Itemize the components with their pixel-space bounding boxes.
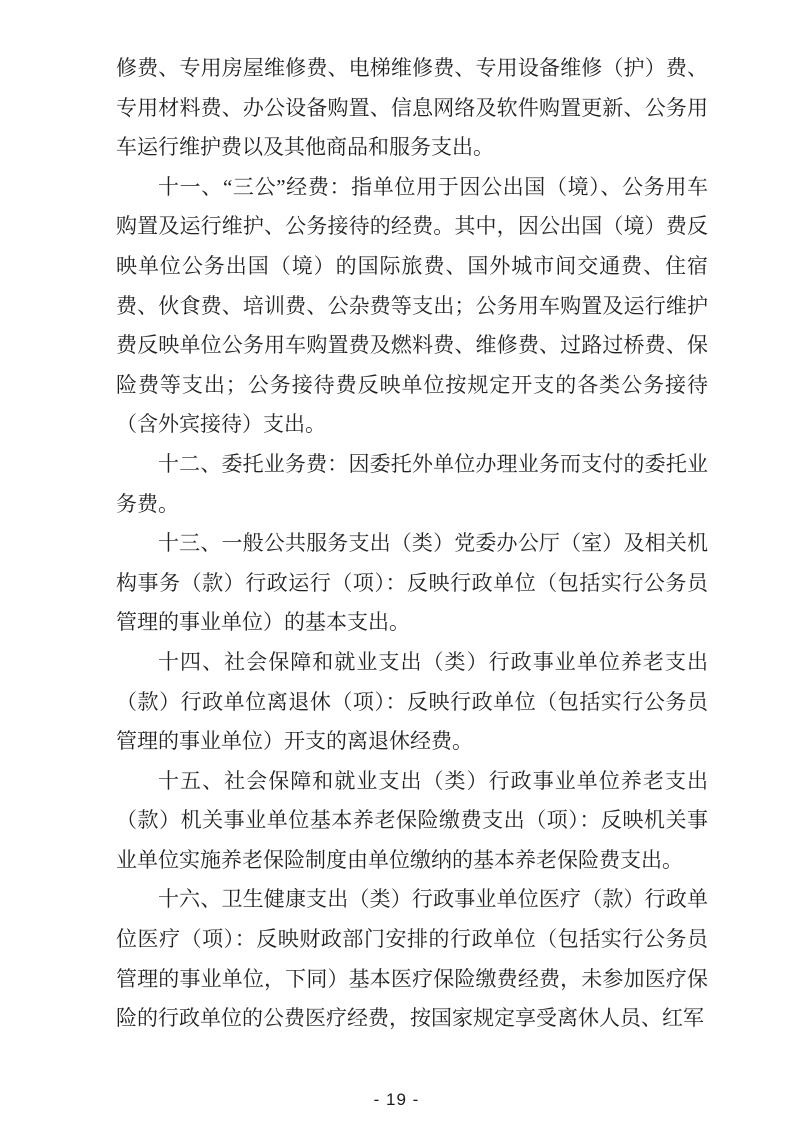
paragraph-item-12: 十二、委托业务费：因委托外单位办理业务而支付的委托业务费。 (116, 445, 708, 524)
paragraph-item-11: 十一、“三公”经费：指单位用于因公出国（境）、公务用车购置及运行维护、公务接待的… (116, 168, 708, 445)
paragraph-item-13: 十三、一般公共服务支出（类）党委办公厅（室）及相关机构事务（款）行政运行（项）：… (116, 524, 708, 643)
page-footer: - 19 - (0, 1090, 793, 1110)
document-page: 修费、专用房屋维修费、电梯维修费、专用设备维修（护）费、专用材料费、办公设备购置… (0, 0, 793, 1122)
paragraph-item-15: 十五、社会保障和就业支出（类）行政事业单位养老支出（款）机关事业单位基本养老保险… (116, 762, 708, 881)
paragraph-item-16: 十六、卫生健康支出（类）行政事业单位医疗（款）行政单位医疗（项）：反映财政部门安… (116, 880, 708, 1038)
paragraph-continued: 修费、专用房屋维修费、电梯维修费、专用设备维修（护）费、专用材料费、办公设备购置… (116, 49, 708, 168)
page-number: - 19 - (374, 1090, 420, 1109)
document-body-text: 修费、专用房屋维修费、电梯维修费、专用设备维修（护）费、专用材料费、办公设备购置… (116, 49, 708, 1039)
paragraph-item-14: 十四、社会保障和就业支出（类）行政事业单位养老支出（款）行政单位离退休（项）：反… (116, 643, 708, 762)
